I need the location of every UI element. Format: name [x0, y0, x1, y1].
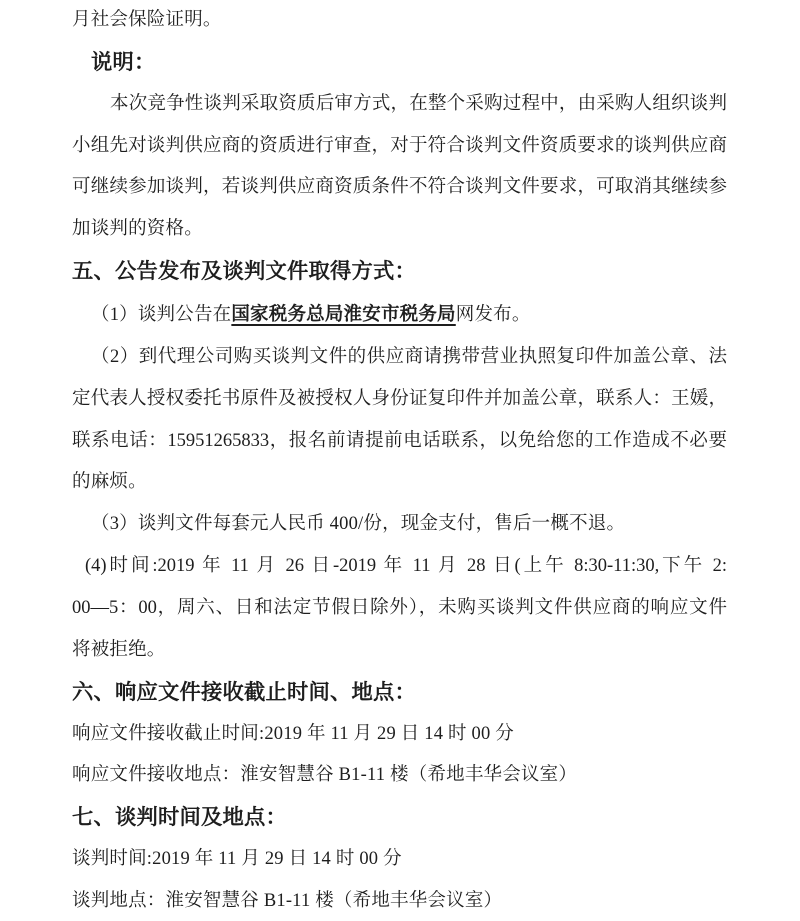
para-note-line4: 加谈判的资格。	[72, 209, 727, 251]
response-deadline-time: 响应文件接收截止时间:2019 年 11 月 29 日 14 时 00 分	[72, 714, 727, 756]
response-receive-location: 响应文件接收地点：淮安智慧谷 B1-11 楼（希地丰华会议室）	[72, 755, 727, 797]
negotiation-location: 谈判地点：淮安智慧谷 B1-11 楼（希地丰华会议室）	[72, 881, 727, 921]
para-note-line1: 本次竞争性谈判采取资质后审方式，在整个采购过程中，由采购人组织谈判	[72, 84, 727, 126]
tax-bureau-name: 国家税务总局淮安市税务局	[231, 303, 455, 324]
section-heading-6: 六、响应文件接收截止时间、地点：	[72, 672, 727, 714]
item-3-price: （3）谈判文件每套元人民币 400/份，现金支付，售后一概不退。	[72, 504, 727, 546]
item-1-announcement: （1）谈判公告在国家税务总局淮安市税务局网发布。	[72, 293, 727, 337]
item-2-line4: 的麻烦。	[72, 462, 727, 504]
para-note-line3: 可继续参加谈判，若谈判供应商资质条件不符合谈判文件要求，可取消其继续参	[72, 167, 727, 209]
item-4-time-line3: 将被拒绝。	[72, 630, 727, 672]
section-heading-7: 七、谈判时间及地点：	[72, 797, 727, 839]
para-social-insurance-tail: 月社会保险证明。	[72, 0, 727, 42]
item-1-prefix: （1）谈判公告在	[91, 305, 231, 325]
item-2-line3: 联系电话：15951265833，报名前请提前电话联系，以免给您的工作造成不必要	[72, 421, 727, 463]
item-4-time-line1: (4)时间:2019 年 11 月 26 日-2019 年 11 月 28 日(…	[72, 546, 727, 588]
item-4-time-line2: 00—5：00，周六、日和法定节假日除外），未购买谈判文件供应商的响应文件	[72, 588, 727, 630]
item-1-suffix: 网发布。	[456, 305, 531, 325]
document-page: 月社会保险证明。 说明： 本次竞争性谈判采取资质后审方式，在整个采购过程中，由采…	[0, 0, 800, 921]
para-note-line2: 小组先对谈判供应商的资质进行审查，对于符合谈判文件资质要求的谈判供应商	[72, 126, 727, 168]
item-2-line1: （2）到代理公司购买谈判文件的供应商请携带营业执照复印件加盖公章、法	[72, 337, 727, 379]
section-heading-5: 五、公告发布及谈判文件取得方式：	[72, 251, 727, 293]
subheading-note: 说明：	[72, 42, 727, 84]
item-2-line2: 定代表人授权委托书原件及被授权人身份证复印件并加盖公章，联系人：王媛，	[72, 379, 727, 421]
negotiation-time: 谈判时间:2019 年 11 月 29 日 14 时 00 分	[72, 839, 727, 881]
